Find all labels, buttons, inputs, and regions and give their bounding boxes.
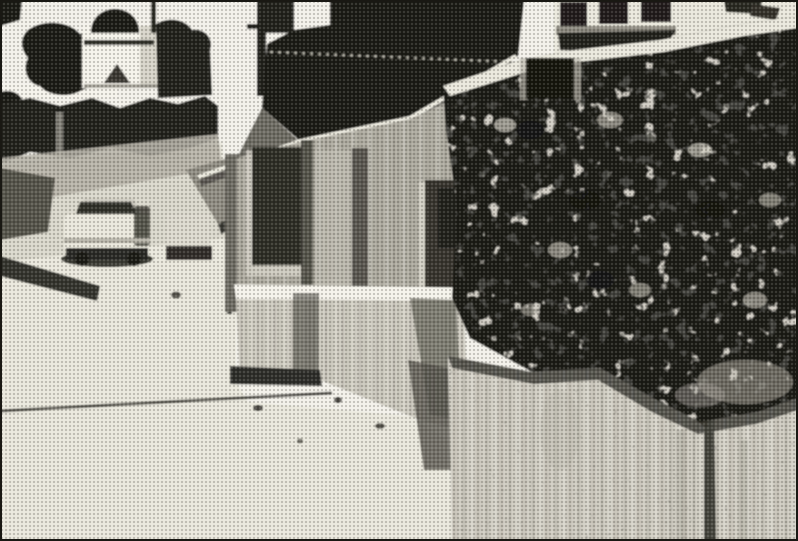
small-pole [151, 0, 156, 33]
facade-window [252, 147, 302, 265]
utility-box [166, 214, 210, 248]
car-windshield [76, 202, 137, 214]
wall-stain [293, 293, 319, 375]
road-speck [375, 423, 385, 429]
road-speck [171, 292, 181, 299]
tree-trunk-highlight [56, 112, 63, 158]
facade-panel [315, 150, 351, 290]
road-speck [253, 405, 263, 411]
gate-post [574, 58, 581, 100]
gate-opening [526, 58, 574, 98]
door-jamb-light [419, 182, 426, 288]
dome-eave-line [84, 40, 154, 45]
photo-scene [0, 0, 798, 541]
gate-post [520, 58, 527, 100]
car-wheel [127, 252, 141, 266]
dome-building-shade [140, 26, 158, 88]
apartment-window [599, 0, 628, 24]
window-frame-light [246, 150, 252, 268]
road-speck [297, 439, 303, 444]
utility-box-shadow [166, 246, 212, 260]
dome-base-line [84, 84, 158, 88]
apartment-window [641, 0, 671, 22]
roof-left-mass [266, 0, 294, 33]
photo-frame [0, 0, 798, 541]
concrete-stain [540, 390, 580, 470]
apartment-window [560, 2, 587, 26]
car-bumper-line [64, 238, 150, 243]
window-sill [246, 266, 310, 276]
tree-trunk [704, 418, 716, 541]
corner-post [301, 140, 313, 285]
road-speck [334, 397, 342, 403]
car-wheel [75, 252, 89, 266]
left-shadow-mass [0, 168, 55, 240]
concrete-stain [676, 430, 686, 541]
concrete-stain [740, 440, 748, 541]
